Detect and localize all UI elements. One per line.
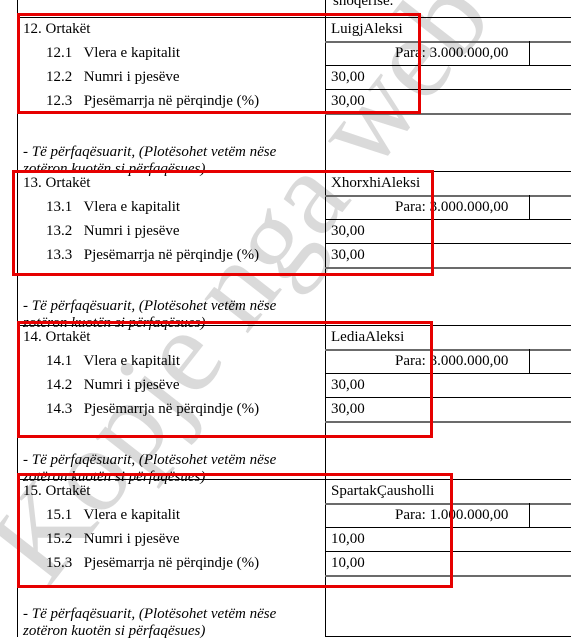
partner-name: LuigjAleksi bbox=[331, 20, 403, 38]
table-middle-border bbox=[325, 0, 326, 637]
section-divider bbox=[17, 17, 325, 18]
item-number: 12.3 bbox=[46, 92, 80, 110]
value-row-divider bbox=[325, 349, 571, 351]
capital-value: Para: 3.000.000,00 bbox=[395, 352, 508, 370]
item-value: 30,00 bbox=[331, 92, 365, 110]
value-row-divider bbox=[325, 219, 571, 220]
value-row-divider bbox=[325, 503, 571, 505]
item-label: 15.2 Numri i pjesëve bbox=[46, 530, 180, 548]
top-fragment-text: shoqerise. bbox=[333, 0, 393, 10]
item-number: 12.1 bbox=[46, 44, 80, 62]
item-value: 30,00 bbox=[331, 68, 365, 86]
representative-note: - Të përfaqësuarit, (Plotësohet vetëm në… bbox=[23, 143, 276, 161]
item-value: 30,00 bbox=[331, 400, 365, 418]
item-text: Numri i pjesëve bbox=[80, 223, 180, 239]
capital-value: Para: 3.000.000,00 bbox=[395, 44, 508, 62]
capital-cell-divider bbox=[529, 349, 530, 373]
item-text: Numri i pjesëve bbox=[80, 531, 180, 547]
item-text: Vlera e kapitalit bbox=[80, 353, 180, 369]
value-row-divider bbox=[325, 41, 571, 43]
item-text: Vlera e kapitalit bbox=[80, 199, 180, 215]
item-label: 14.2 Numri i pjesëve bbox=[46, 376, 180, 394]
value-row-divider bbox=[325, 373, 571, 374]
value-row-divider bbox=[325, 397, 571, 398]
item-label: 12.2 Numri i pjesëve bbox=[46, 68, 180, 86]
value-row-divider bbox=[325, 267, 571, 269]
item-value: 10,00 bbox=[331, 554, 365, 572]
section-title: 12. Ortakët bbox=[23, 20, 90, 38]
item-text: Numri i pjesëve bbox=[80, 69, 180, 85]
item-label: 13.2 Numri i pjesëve bbox=[46, 222, 180, 240]
item-value: 10,00 bbox=[331, 530, 365, 548]
value-row-divider bbox=[325, 89, 571, 90]
item-number: 15.3 bbox=[46, 554, 80, 572]
item-text: Pjesëmarrja në përqindje (%) bbox=[80, 247, 259, 263]
section-title: 15. Ortakët bbox=[23, 482, 90, 500]
value-row-divider bbox=[325, 113, 571, 115]
item-label: 15.3 Pjesëmarrja në përqindje (%) bbox=[46, 554, 259, 572]
partner-name: LediaAleksi bbox=[331, 328, 404, 346]
partner-name: XhorxhiAleksi bbox=[331, 174, 420, 192]
section-divider bbox=[17, 325, 325, 326]
capital-cell-divider bbox=[529, 41, 530, 65]
value-row-divider bbox=[325, 551, 571, 552]
item-text: Numri i pjesëve bbox=[80, 377, 180, 393]
value-row-divider bbox=[325, 171, 571, 172]
section-divider bbox=[17, 479, 325, 480]
item-label: 13.3 Pjesëmarrja në përqindje (%) bbox=[46, 246, 259, 264]
section-title: 13. Ortakët bbox=[23, 174, 90, 192]
value-row-divider bbox=[325, 17, 571, 18]
item-text: Pjesëmarrja në përqindje (%) bbox=[80, 555, 259, 571]
table-bottom-border bbox=[325, 636, 571, 637]
item-number: 14.3 bbox=[46, 400, 80, 418]
item-text: Vlera e kapitalit bbox=[80, 45, 180, 61]
value-row-divider bbox=[325, 479, 571, 480]
item-label: 13.1 Vlera e kapitalit bbox=[46, 198, 180, 216]
value-row-divider bbox=[325, 527, 571, 528]
item-text: Pjesëmarrja në përqindje (%) bbox=[80, 401, 259, 417]
value-row-divider bbox=[325, 243, 571, 244]
section-divider bbox=[17, 171, 325, 172]
item-value: 30,00 bbox=[331, 246, 365, 264]
value-row-divider bbox=[325, 65, 571, 66]
item-number: 14.1 bbox=[46, 352, 80, 370]
item-number: 13.2 bbox=[46, 222, 80, 240]
capital-cell-divider bbox=[529, 195, 530, 219]
capital-value: Para: 1.000.000,00 bbox=[395, 506, 508, 524]
item-label: 15.1 Vlera e kapitalit bbox=[46, 506, 180, 524]
value-row-divider bbox=[325, 421, 571, 423]
item-label: 12.3 Pjesëmarrja në përqindje (%) bbox=[46, 92, 259, 110]
item-number: 13.3 bbox=[46, 246, 80, 264]
item-text: Vlera e kapitalit bbox=[80, 507, 180, 523]
value-row-divider bbox=[325, 575, 571, 577]
document-page: Kopje nga web shoqerise. 12. OrtakëtLuig… bbox=[0, 0, 571, 642]
item-number: 12.2 bbox=[46, 68, 80, 86]
representative-note: - Të përfaqësuarit, (Plotësohet vetëm në… bbox=[23, 605, 276, 623]
representative-note: zotëron kuotën si përfaqësues) bbox=[23, 622, 205, 640]
item-number: 14.2 bbox=[46, 376, 80, 394]
item-value: 30,00 bbox=[331, 376, 365, 394]
item-label: 12.1 Vlera e kapitalit bbox=[46, 44, 180, 62]
partner-name: SpartakÇausholli bbox=[331, 482, 434, 500]
representative-note: - Të përfaqësuarit, (Plotësohet vetëm në… bbox=[23, 451, 276, 469]
value-row-divider bbox=[325, 195, 571, 197]
value-row-divider bbox=[325, 325, 571, 326]
section-title: 14. Ortakët bbox=[23, 328, 90, 346]
item-label: 14.1 Vlera e kapitalit bbox=[46, 352, 180, 370]
item-number: 15.2 bbox=[46, 530, 80, 548]
item-text: Pjesëmarrja në përqindje (%) bbox=[80, 93, 259, 109]
item-value: 30,00 bbox=[331, 222, 365, 240]
item-number: 13.1 bbox=[46, 198, 80, 216]
table-left-border bbox=[17, 0, 18, 637]
representative-note: - Të përfaqësuarit, (Plotësohet vetëm në… bbox=[23, 297, 276, 315]
capital-cell-divider bbox=[529, 503, 530, 527]
capital-value: Para: 3.000.000,00 bbox=[395, 198, 508, 216]
item-number: 15.1 bbox=[46, 506, 80, 524]
item-label: 14.3 Pjesëmarrja në përqindje (%) bbox=[46, 400, 259, 418]
